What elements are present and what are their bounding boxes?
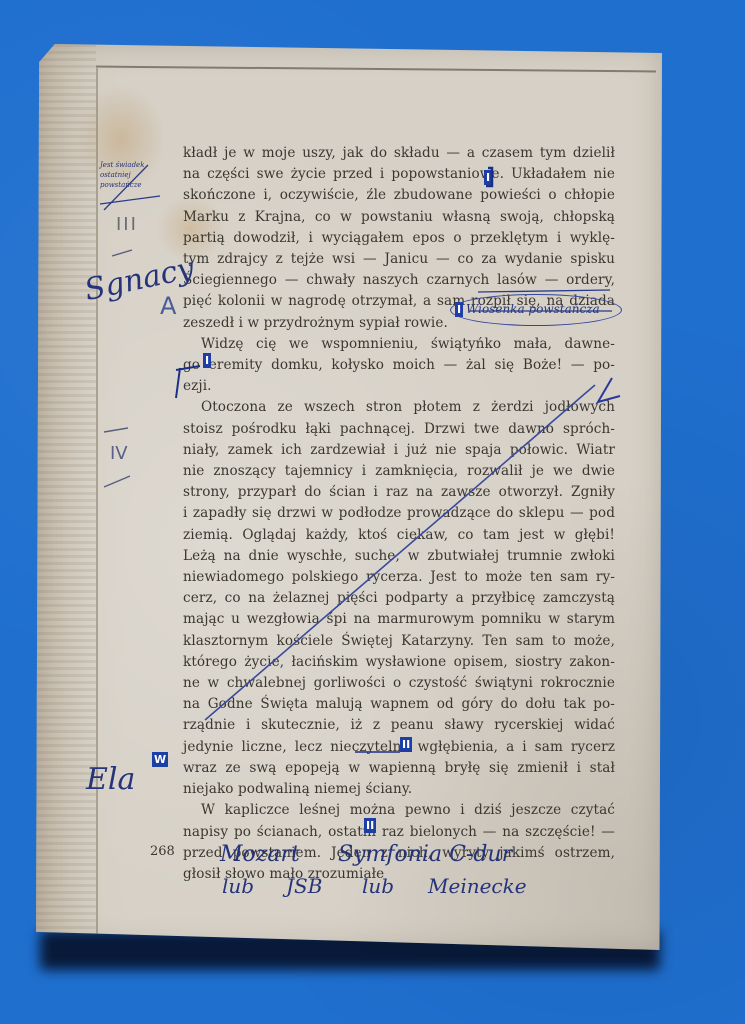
diagonal-strike-line [205,385,595,720]
paragraph-bracket-icon [176,366,200,398]
pen-strokes [0,0,745,1024]
arrow-mark-icon [598,378,620,402]
strike-through-line [478,290,610,292]
closing-bracket-icon [486,168,492,186]
